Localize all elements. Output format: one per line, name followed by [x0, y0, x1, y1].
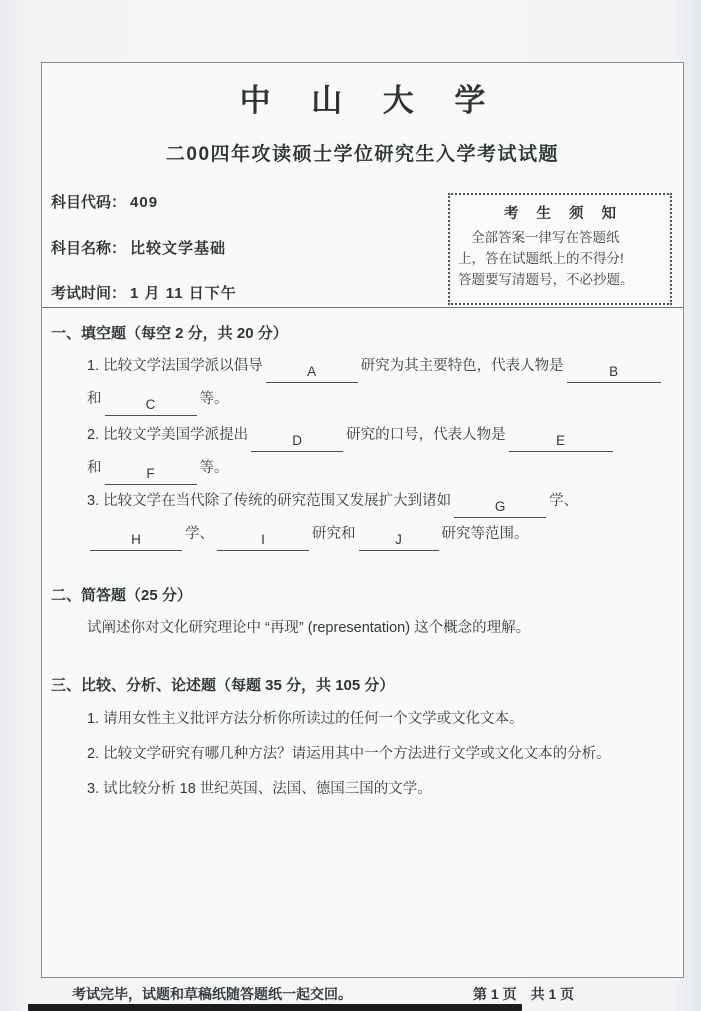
fill-blank-J: J	[359, 526, 439, 551]
fill-q3-line2: H学、I研究和J研究等范围。	[42, 518, 683, 551]
fill-blank-E: E	[509, 427, 613, 452]
notice-line: 上，答在试题纸上的不得分!	[458, 248, 662, 269]
fill-blank-C: C	[105, 391, 197, 416]
notice-line: 全部答案一律写在答题纸	[458, 227, 662, 248]
q3-text: 3. 比较文学在当代除了传统的研究范围又发展扩大到诸如	[87, 493, 451, 509]
exam-paper-frame: 中 山 大 学 二00四年攻读硕士学位研究生入学考试试题 科目代码：409 科目…	[41, 62, 684, 978]
fill-blank-A: A	[266, 358, 358, 383]
exam-time-value: 1 月 11 日下午	[130, 285, 237, 302]
footer-page-number: 第 1 页 共 1 页	[473, 984, 574, 1004]
essay-item-1: 1. 请用女性主义批评方法分析你所读过的任何一个文学或文化文本。	[42, 702, 683, 737]
subject-name-label: 科目名称：	[51, 240, 126, 257]
candidate-notice-box: 考 生 须 知 全部答案一律写在答题纸 上，答在试题纸上的不得分! 答题要写清题…	[448, 193, 672, 305]
q3-text: 研究和	[312, 526, 356, 542]
university-title: 中 山 大 学	[42, 75, 683, 120]
q2-text: 2. 比较文学美国学派提出	[87, 427, 248, 443]
fill-q2-line2: 和F等。	[42, 452, 683, 485]
footer-return-instruction: 考试完毕，试题和草稿纸随答题纸一起交回。	[72, 984, 352, 1004]
notice-line: 答题要写清题号，不必抄题。	[458, 269, 662, 290]
scan-edge-artifact	[28, 1004, 522, 1011]
fill-blank-B: B	[567, 358, 661, 383]
header-divider	[42, 307, 683, 308]
subject-name-row: 科目名称：比较文学基础	[51, 237, 226, 258]
essay-item-3: 3. 试比较分析 18 世纪英国、法国、德国三国的文学。	[42, 772, 683, 807]
section2-heading: 二、简答题（25 分）	[42, 579, 683, 612]
fill-q1-line2: 和C等。	[42, 383, 683, 416]
section1-heading: 一、填空题（每空 2 分，共 20 分）	[42, 317, 683, 350]
q1-text: 和	[87, 391, 102, 407]
exam-time-label: 考试时间：	[51, 285, 126, 302]
q3-text: 研究等范围。	[442, 526, 529, 542]
fill-blank-D: D	[251, 427, 343, 452]
scanned-exam-page: 中 山 大 学 二00四年攻读硕士学位研究生入学考试试题 科目代码：409 科目…	[0, 0, 701, 1011]
exam-time-row: 考试时间：1 月 11 日下午	[51, 282, 237, 303]
subject-name-value: 比较文学基础	[130, 240, 226, 257]
fill-blank-F: F	[105, 460, 197, 485]
notice-title: 考 生 须 知	[458, 202, 662, 223]
fill-q1-line1: 1. 比较文学法国学派以倡导A研究为其主要特色，代表人物是B	[42, 350, 683, 383]
q1-text: 等。	[200, 391, 229, 407]
subject-code-row: 科目代码：409	[51, 191, 158, 212]
fill-q2-line1: 2. 比较文学美国学派提出D研究的口号，代表人物是E	[42, 419, 683, 452]
subject-code-value: 409	[130, 194, 158, 211]
section2-body: 试阐述你对文化研究理论中 “再现” (representation) 这个概念的…	[42, 612, 683, 645]
subject-code-label: 科目代码：	[51, 194, 126, 211]
fill-blank-H: H	[90, 526, 182, 551]
q3-text: 学、	[549, 493, 578, 509]
fill-q3-line1: 3. 比较文学在当代除了传统的研究范围又发展扩大到诸如G学、	[42, 485, 683, 518]
exam-content: 一、填空题（每空 2 分，共 20 分） 1. 比较文学法国学派以倡导A研究为其…	[42, 309, 683, 807]
q2-text: 研究的口号，代表人物是	[346, 427, 506, 443]
q2-text: 等。	[200, 460, 229, 476]
q1-text: 1. 比较文学法国学派以倡导	[87, 358, 263, 374]
fill-blank-I: I	[217, 526, 309, 551]
q1-text: 研究为其主要特色，代表人物是	[361, 358, 564, 374]
section3-heading: 三、比较、分析、论述题（每题 35 分，共 105 分）	[42, 669, 683, 702]
exam-subtitle: 二00四年攻读硕士学位研究生入学考试试题	[42, 139, 683, 166]
q2-text: 和	[87, 460, 102, 476]
q3-text: 学、	[185, 526, 214, 542]
fill-blank-G: G	[454, 493, 546, 518]
essay-item-2: 2. 比较文学研究有哪几种方法？请运用其中一个方法进行文学或文化文本的分析。	[42, 737, 683, 772]
